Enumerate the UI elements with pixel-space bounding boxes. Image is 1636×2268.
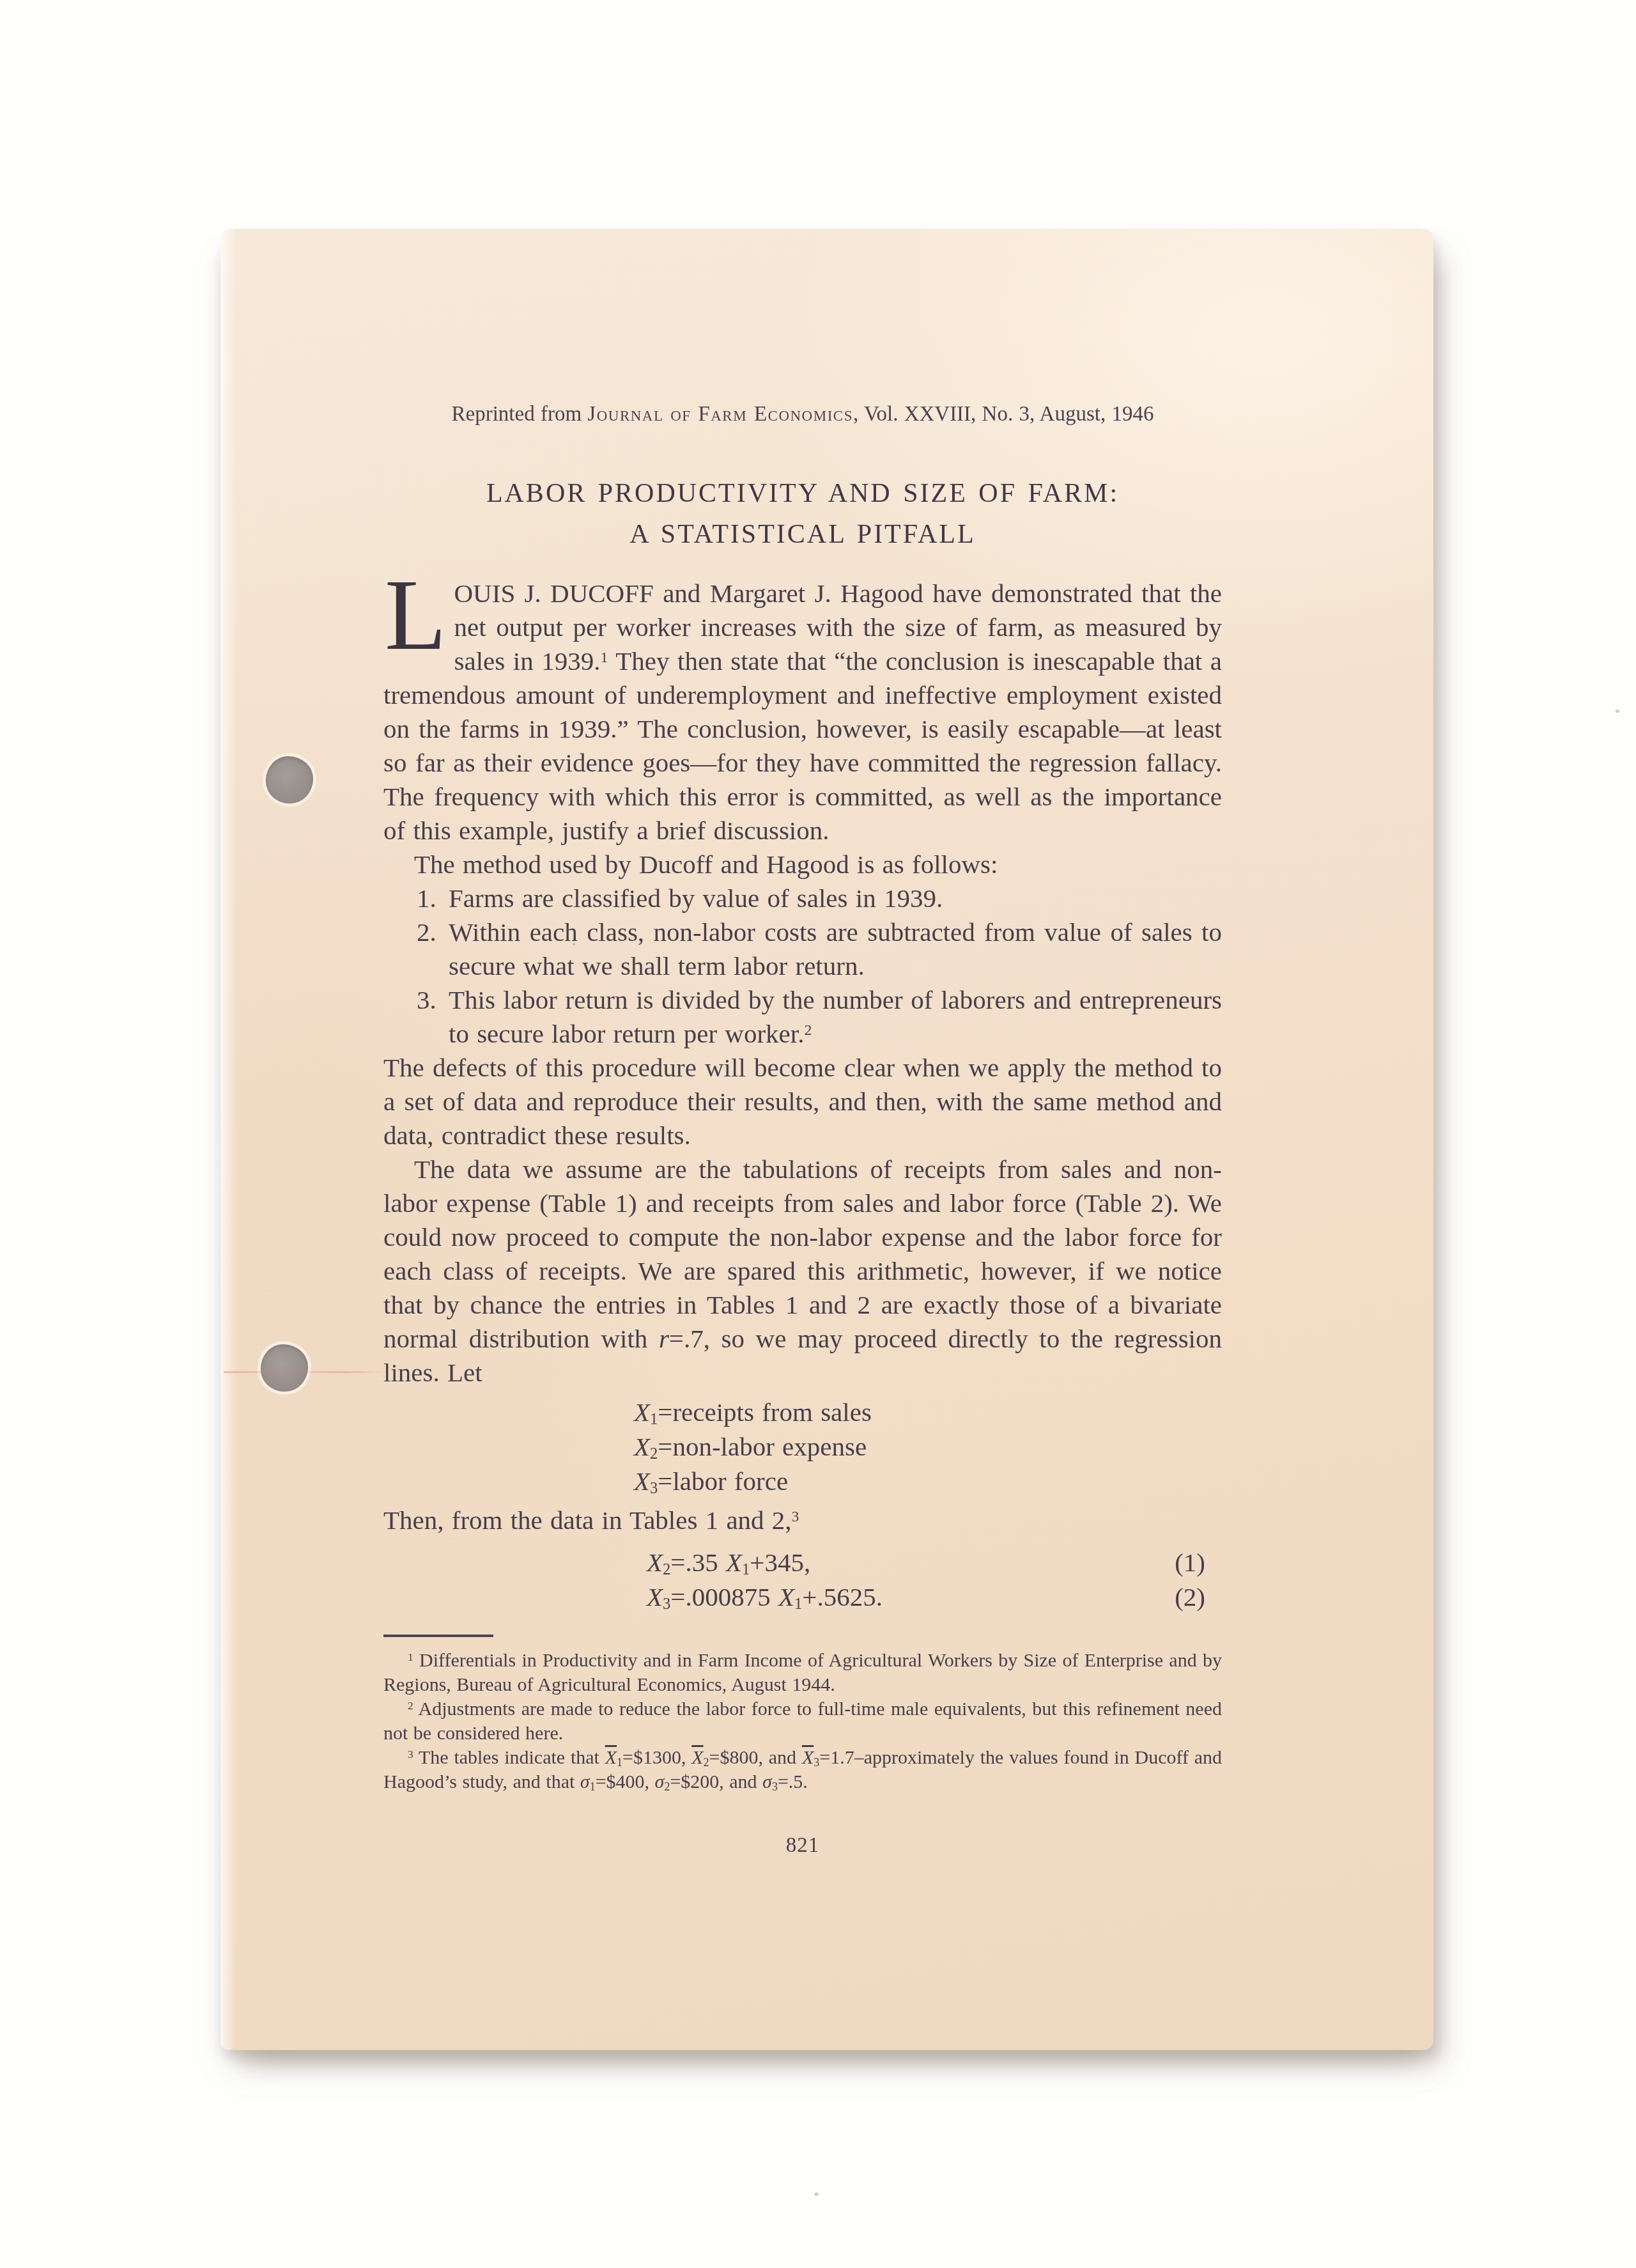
footnote-3-value-2: =$800, and xyxy=(709,1747,802,1768)
journal-name: Journal of Farm Economics xyxy=(587,403,853,426)
var-base: X xyxy=(647,1548,663,1577)
list-item-number: 1. xyxy=(417,882,436,915)
var-subscript: 1 xyxy=(794,1596,802,1613)
definition-text: =labor force xyxy=(658,1466,788,1496)
page-content: Reprinted from Journal of Farm Economics… xyxy=(383,400,1222,1863)
footnote-1-marker: 1 xyxy=(408,1651,413,1663)
footnote-3-value-5: =$200, and xyxy=(670,1771,762,1792)
faint-pink-line xyxy=(224,1371,385,1373)
list-item: 2.Within each class, non-labor costs are… xyxy=(449,915,1222,983)
list-item: 1.Farms are classified by value of sales… xyxy=(449,882,1222,915)
var-subscript: 2 xyxy=(704,1756,709,1769)
footnote-3-value-4: =$400, xyxy=(596,1771,655,1792)
definition-x1: X1=receipts from sales xyxy=(634,1395,1222,1429)
page-number: 821 xyxy=(383,1829,1222,1863)
reprint-header-post: , Vol. XXVIII, No. 3, August, 1946 xyxy=(853,403,1154,426)
var-subscript: 3 xyxy=(663,1596,670,1613)
footnote-marker-3: 3 xyxy=(792,1509,799,1525)
definition-text: =non-labor expense xyxy=(658,1432,867,1461)
dropcap-letter: L xyxy=(383,577,454,649)
definition-x3: X3=labor force xyxy=(634,1464,1222,1498)
var-subscript: 3 xyxy=(772,1780,778,1793)
footnote-3: 3 The tables indicate that X1=$1300, X2=… xyxy=(383,1746,1222,1794)
intro-text-b: They then state that “the conclusion is … xyxy=(383,646,1222,845)
photo-speck xyxy=(1616,710,1619,713)
var-subscript: 1 xyxy=(650,1411,658,1428)
equation-1-formula: X2=.35 X1+345, xyxy=(647,1545,810,1580)
list-item-text: Within each class, non-labor costs are s… xyxy=(449,917,1222,981)
paragraph-data: The data we assume are the tabulations o… xyxy=(383,1153,1222,1390)
footnote-2: 2 Adjustments are made to reduce the lab… xyxy=(383,1697,1222,1746)
var-subscript: 2 xyxy=(650,1445,658,1463)
paragraph-defects: The defects of this procedure will becom… xyxy=(383,1051,1222,1153)
footnote-1: 1 Differentials in Productivity and in F… xyxy=(383,1649,1222,1697)
photo-speck xyxy=(814,2193,819,2196)
paragraph-method: The method used by Ducoff and Hagood is … xyxy=(383,848,1222,882)
footnote-marker-1: 1 xyxy=(601,649,608,666)
footnote-3-marker: 3 xyxy=(408,1748,413,1760)
equations-block: X2=.35 X1+345, (1) X3=.000875 X1+.5625. … xyxy=(383,1545,1222,1614)
definition-x2: X2=non-labor expense xyxy=(634,1429,1222,1464)
footnote-2-text: Adjustments are made to reduce the labor… xyxy=(383,1698,1222,1744)
paragraph-then: Then, from the data in Tables 1 and 2,3 xyxy=(383,1503,1222,1537)
var-base: X xyxy=(634,1432,650,1461)
var-subscript: 1 xyxy=(742,1561,750,1578)
footnotes-section: 1 Differentials in Productivity and in F… xyxy=(383,1649,1222,1794)
equation-operator: =.35 xyxy=(670,1548,726,1577)
variable-r: r xyxy=(659,1324,669,1353)
footnote-marker-2: 2 xyxy=(804,1022,812,1039)
equation-1: X2=.35 X1+345, (1) xyxy=(383,1545,1222,1580)
reprint-header-pre: Reprinted from xyxy=(452,403,588,426)
title-line-1: LABOR PRODUCTIVITY AND SIZE OF FARM: xyxy=(383,473,1222,514)
var-subscript: 3 xyxy=(814,1756,819,1769)
equation-2: X3=.000875 X1+.5625. (2) xyxy=(383,1580,1222,1614)
reprint-header: Reprinted from Journal of Farm Economics… xyxy=(383,400,1222,428)
var-base: X xyxy=(726,1548,742,1577)
paper-page: Reprinted from Journal of Farm Economics… xyxy=(220,229,1433,2050)
sigma-2: σ xyxy=(655,1771,665,1792)
sigma-3: σ xyxy=(762,1771,772,1792)
footnote-rule xyxy=(383,1635,493,1637)
xbar-1: X xyxy=(605,1747,617,1768)
equation-2-number: (2) xyxy=(1175,1580,1205,1614)
var-base: X xyxy=(778,1582,794,1612)
variable-definitions: X1=receipts from sales X2=non-labor expe… xyxy=(634,1395,1222,1498)
var-subscript: 3 xyxy=(650,1480,658,1497)
equation-operator: =.000875 xyxy=(670,1582,778,1612)
sigma-1: σ xyxy=(580,1771,590,1792)
list-item-number: 3. xyxy=(417,983,436,1017)
punch-hole-top xyxy=(266,756,313,804)
var-subscript: 2 xyxy=(663,1561,670,1578)
var-base: X xyxy=(634,1397,650,1427)
article-title: LABOR PRODUCTIVITY AND SIZE OF FARM: A S… xyxy=(383,473,1222,555)
list-item-text: This labor return is divided by the numb… xyxy=(449,985,1222,1048)
var-base: X xyxy=(634,1466,650,1496)
paragraph-intro: LOUIS J. DUCOFF and Margaret J. Hagood h… xyxy=(383,577,1222,848)
method-list: 1.Farms are classified by value of sales… xyxy=(383,882,1222,1051)
var-subscript: 1 xyxy=(617,1756,622,1769)
author-names: OUIS J. DUCOFF xyxy=(454,579,654,608)
xbar-2: X xyxy=(691,1747,703,1768)
punch-hole-bottom xyxy=(261,1344,308,1392)
list-item-text: Farms are classified by value of sales i… xyxy=(449,883,943,913)
footnote-2-marker: 2 xyxy=(408,1699,413,1712)
then-text: Then, from the data in Tables 1 and 2, xyxy=(383,1505,792,1535)
footnote-3-text: The tables indicate that xyxy=(413,1747,605,1768)
equation-1-number: (1) xyxy=(1175,1545,1205,1580)
var-base: X xyxy=(647,1582,663,1612)
definition-text: =receipts from sales xyxy=(658,1397,872,1427)
title-line-2: A STATISTICAL PITFALL xyxy=(383,514,1222,555)
equation-2-formula: X3=.000875 X1+.5625. xyxy=(647,1580,883,1614)
list-item-number: 2. xyxy=(417,915,436,949)
footnote-1-text: Differentials in Productivity and in Far… xyxy=(383,1650,1222,1695)
list-item: 3.This labor return is divided by the nu… xyxy=(449,983,1222,1051)
equation-tail: +.5625. xyxy=(802,1582,883,1612)
equation-tail: +345, xyxy=(750,1548,810,1577)
var-subscript: 1 xyxy=(590,1780,596,1793)
footnote-3-value-1: =$1300, xyxy=(622,1747,691,1768)
footnote-3-value-6: =.5. xyxy=(778,1771,808,1792)
xbar-3: X xyxy=(802,1747,814,1768)
